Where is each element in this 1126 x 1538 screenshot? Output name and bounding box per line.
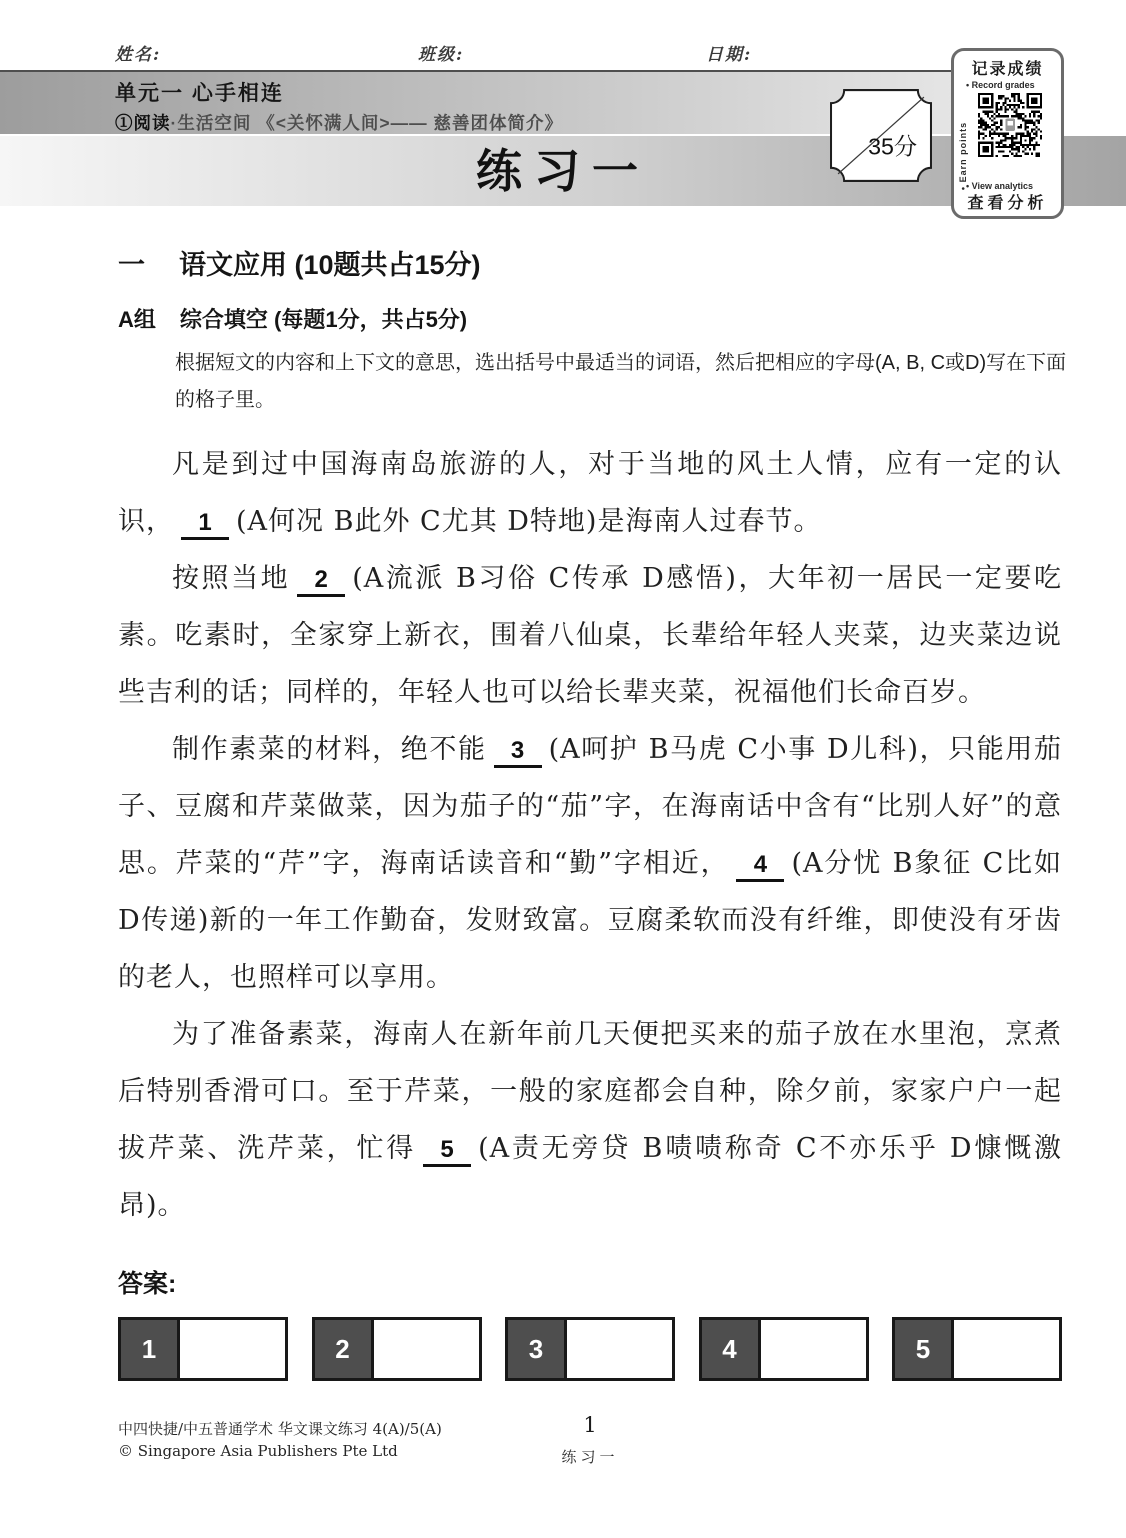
answer-input-cell-2[interactable] bbox=[374, 1320, 479, 1378]
group-heading: A组 综合填空 (每题1分，共占5分) bbox=[118, 303, 1062, 334]
qr-center-logo bbox=[1005, 119, 1015, 131]
passage-paragraph: 为了准备素菜，海南人在新年前几天便把买来的茄子放在水里泡，烹煮后特别香滑可口。至… bbox=[118, 1006, 1062, 1234]
fill-blank-5: 5 bbox=[423, 1137, 471, 1167]
score-badge-value: 35分 bbox=[868, 134, 917, 160]
qr-finder-top-left bbox=[978, 93, 993, 108]
page-exercise-label: 练习一 bbox=[118, 1446, 1062, 1467]
answer-box-number: 4 bbox=[702, 1320, 761, 1378]
answer-box-1: 1 bbox=[118, 1317, 288, 1381]
passage: 凡是到过中国海南岛旅游的人，对于当地的风土人情，应有一定的认识，1(A何况 B此… bbox=[118, 436, 1062, 1234]
answer-input-cell-1[interactable] bbox=[180, 1320, 285, 1378]
qr-finder-bottom-left bbox=[978, 142, 993, 157]
answer-box-2: 2 bbox=[312, 1317, 482, 1381]
section-title: 语文应用 (10题共占15分) bbox=[179, 243, 481, 282]
answer-box-4: 4 bbox=[699, 1317, 869, 1381]
score-badge-icon: 35分 bbox=[829, 88, 933, 183]
class-field-label: 班级: bbox=[418, 40, 464, 65]
score-badge: 35分 bbox=[829, 88, 933, 188]
qr-finder-top-right bbox=[1027, 93, 1042, 108]
answers-label: 答案: bbox=[118, 1264, 1062, 1300]
page-number: 1 bbox=[118, 1413, 1062, 1437]
answer-input-cell-3[interactable] bbox=[567, 1320, 672, 1378]
passage-paragraph: 按照当地2(A流派 B习俗 C传承 D感悟)，大年初一居民一定要吃素。吃素时，全… bbox=[118, 550, 1062, 721]
answer-box-number: 3 bbox=[508, 1320, 567, 1378]
answer-box-5: 5 bbox=[892, 1317, 1062, 1381]
main-content: 一 语文应用 (10题共占15分) A组 综合填空 (每题1分，共占5分) 根据… bbox=[0, 205, 1126, 1503]
lesson-subtitle-prefix: ①阅读 bbox=[115, 113, 171, 133]
section-heading: 一 语文应用 (10题共占15分) bbox=[118, 243, 1062, 282]
qr-title-cn: 记录成绩 bbox=[954, 56, 1061, 79]
passage-paragraph: 凡是到过中国海南岛旅游的人，对于当地的风土人情，应有一定的认识，1(A何况 B此… bbox=[118, 436, 1062, 550]
answer-box-number: 1 bbox=[121, 1320, 180, 1378]
instructions-text: 根据短文的内容和上下文的意思，选出括号中最适当的词语，然后把相应的字母(A, B… bbox=[175, 345, 1067, 419]
qr-record-grades-label: • Record grades bbox=[966, 80, 1061, 90]
qr-panel: 记录成绩 • Record grades • Earn points • Vie… bbox=[951, 48, 1064, 219]
answer-box-3: 3 bbox=[505, 1317, 675, 1381]
answers-row: 1 2 3 4 5 bbox=[118, 1317, 1062, 1381]
unit-header-bar: 单元一 心手相连 ①阅读·生活空间 《<关怀满人间>—— 慈善团体简介》 bbox=[0, 70, 955, 134]
answer-box-number: 5 bbox=[895, 1320, 954, 1378]
qr-code-icon bbox=[978, 93, 1042, 157]
fill-blank-2: 2 bbox=[297, 567, 345, 597]
name-field-label: 姓名: bbox=[115, 40, 161, 65]
fill-blank-1: 1 bbox=[181, 510, 229, 540]
date-field-label: 日期: bbox=[706, 40, 752, 65]
answer-input-cell-4[interactable] bbox=[761, 1320, 866, 1378]
lesson-subtitle-rest: ·生活空间 《<关怀满人间>—— 慈善团体简介》 bbox=[171, 113, 564, 133]
group-label: A组 bbox=[118, 303, 156, 334]
fill-blank-4: 4 bbox=[736, 852, 784, 882]
passage-paragraph: 制作素菜的材料，绝不能3(A呵护 B马虎 C小事 D儿科)，只能用茄子、豆腐和芹… bbox=[118, 721, 1062, 1006]
answer-input-cell-5[interactable] bbox=[954, 1320, 1059, 1378]
qr-title-cn-bottom: 查看分析 bbox=[954, 190, 1061, 213]
page-footer: 中四快捷/中五普通学术 华文课文练习 4(A)/5(A) © Singapore… bbox=[118, 1413, 1062, 1503]
answer-box-number: 2 bbox=[315, 1320, 374, 1378]
section-number: 一 bbox=[118, 243, 145, 282]
group-title: 综合填空 (每题1分，共占5分) bbox=[180, 303, 467, 334]
fill-blank-3: 3 bbox=[494, 738, 542, 768]
footer-page-info: 1 练习一 bbox=[118, 1413, 1062, 1467]
